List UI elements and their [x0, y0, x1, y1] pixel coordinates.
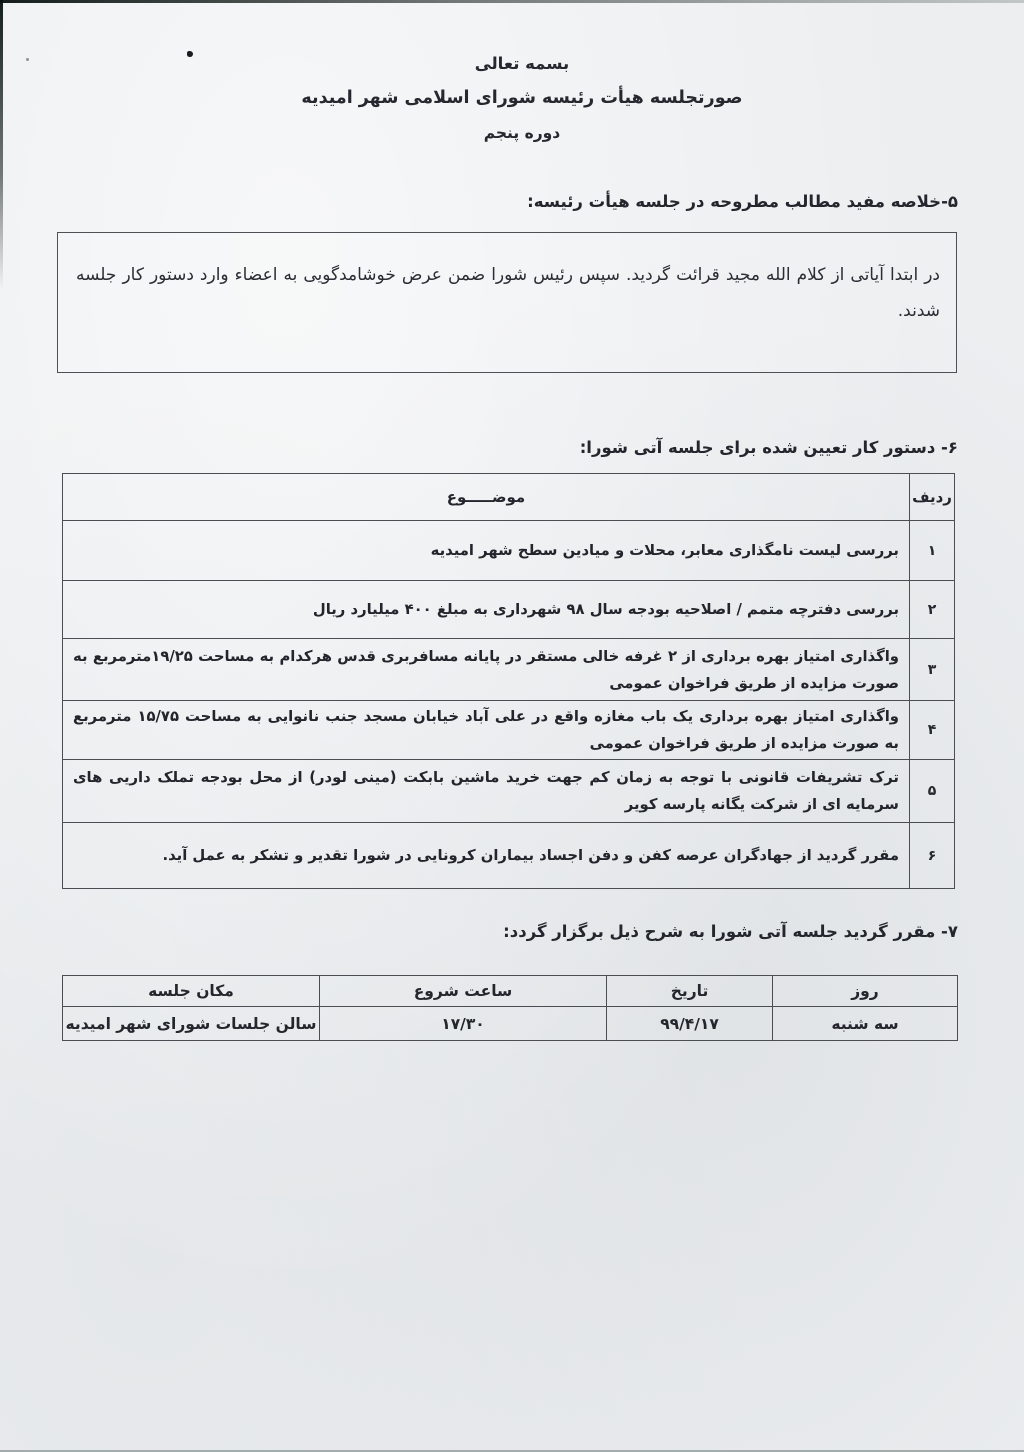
agenda-row-no: ۴ [910, 701, 955, 760]
document-header: بسمه تعالی صورتجلسه هیأت رئیسه شورای اسل… [20, 46, 1024, 151]
agenda-row-subject: بررسی لیست نامگذاری معابر، محلات و میادی… [63, 521, 910, 581]
next-meeting-table: روز تاریخ ساعت شروع مکان جلسه سه شنبه ۹۹… [62, 975, 958, 1041]
schedule-header-row: روز تاریخ ساعت شروع مکان جلسه [63, 976, 958, 1007]
table-row: ۱ بررسی لیست نامگذاری معابر، محلات و میا… [63, 521, 955, 581]
agenda-row-subject: واگذاری امتیاز بهره برداری یک باب مغازه … [63, 701, 910, 760]
table-row: ۳ واگذاری امتیاز بهره برداری از ۲ غرفه خ… [63, 639, 955, 701]
agenda-row-no: ۶ [910, 823, 955, 889]
agenda-row-subject: واگذاری امتیاز بهره برداری از ۲ غرفه خال… [63, 639, 910, 701]
agenda-col-subject: موضـــــوع [63, 474, 910, 521]
section7-heading: ۷- مقرر گردید جلسه آتی شورا به شرح ذیل ب… [503, 922, 958, 941]
agenda-row-no: ۱ [910, 521, 955, 581]
schedule-data-row: سه شنبه ۹۹/۴/۱۷ ۱۷/۳۰ سالن جلسات شورای ش… [63, 1007, 958, 1041]
agenda-row-subject: ترک تشریفات قانونی با توجه به زمان کم جه… [63, 760, 910, 823]
agenda-col-row-no: ردیف [910, 474, 955, 521]
section5-summary-text: در ابتدا آیاتی از کلام الله مجید قرائت گ… [58, 233, 956, 329]
document-title: صورتجلسه هیأت رئیسه شورای اسلامی شهر امی… [20, 81, 1024, 116]
table-row: ۵ ترک تشریفات قانونی با توجه به زمان کم … [63, 760, 955, 823]
schedule-col-date: تاریخ [607, 976, 773, 1007]
scan-edge-top [0, 0, 1024, 3]
table-row: ۶ مقرر گردید از جهادگران عرصه کفن و دفن … [63, 823, 955, 889]
scan-edge-left [0, 0, 3, 290]
agenda-row-no: ۳ [910, 639, 955, 701]
agenda-row-no: ۵ [910, 760, 955, 823]
schedule-col-location: مکان جلسه [63, 976, 320, 1007]
agenda-row-subject: مقرر گردید از جهادگران عرصه کفن و دفن اج… [63, 823, 910, 889]
schedule-col-start-time: ساعت شروع [320, 976, 607, 1007]
section6-heading: ۶- دستور کار تعیین شده برای جلسه آتی شور… [580, 438, 958, 457]
council-term: دوره پنجم [20, 116, 1024, 151]
section5-summary-box: در ابتدا آیاتی از کلام الله مجید قرائت گ… [57, 232, 957, 373]
agenda-header-row: ردیف موضـــــوع [63, 474, 955, 521]
schedule-date-value: ۹۹/۴/۱۷ [607, 1007, 773, 1041]
section5-heading: ۵-خلاصه مفید مطالب مطروحه در جلسه هیأت ر… [527, 192, 958, 211]
schedule-location-value: سالن جلسات شورای شهر امیدیه [63, 1007, 320, 1041]
table-row: ۴ واگذاری امتیاز بهره برداری یک باب مغاز… [63, 701, 955, 760]
scanned-document-page: بسمه تعالی صورتجلسه هیأت رئیسه شورای اسل… [0, 0, 1024, 1452]
schedule-col-day: روز [773, 976, 958, 1007]
schedule-day-value: سه شنبه [773, 1007, 958, 1041]
bismillah-line: بسمه تعالی [20, 46, 1024, 81]
agenda-row-no: ۲ [910, 581, 955, 639]
schedule-start-time-value: ۱۷/۳۰ [320, 1007, 607, 1041]
table-row: ۲ بررسی دفترچه متمم / اصلاحیه بودجه سال … [63, 581, 955, 639]
agenda-table: ردیف موضـــــوع ۱ بررسی لیست نامگذاری مع… [62, 473, 955, 889]
agenda-row-subject: بررسی دفترچه متمم / اصلاحیه بودجه سال ۹۸… [63, 581, 910, 639]
